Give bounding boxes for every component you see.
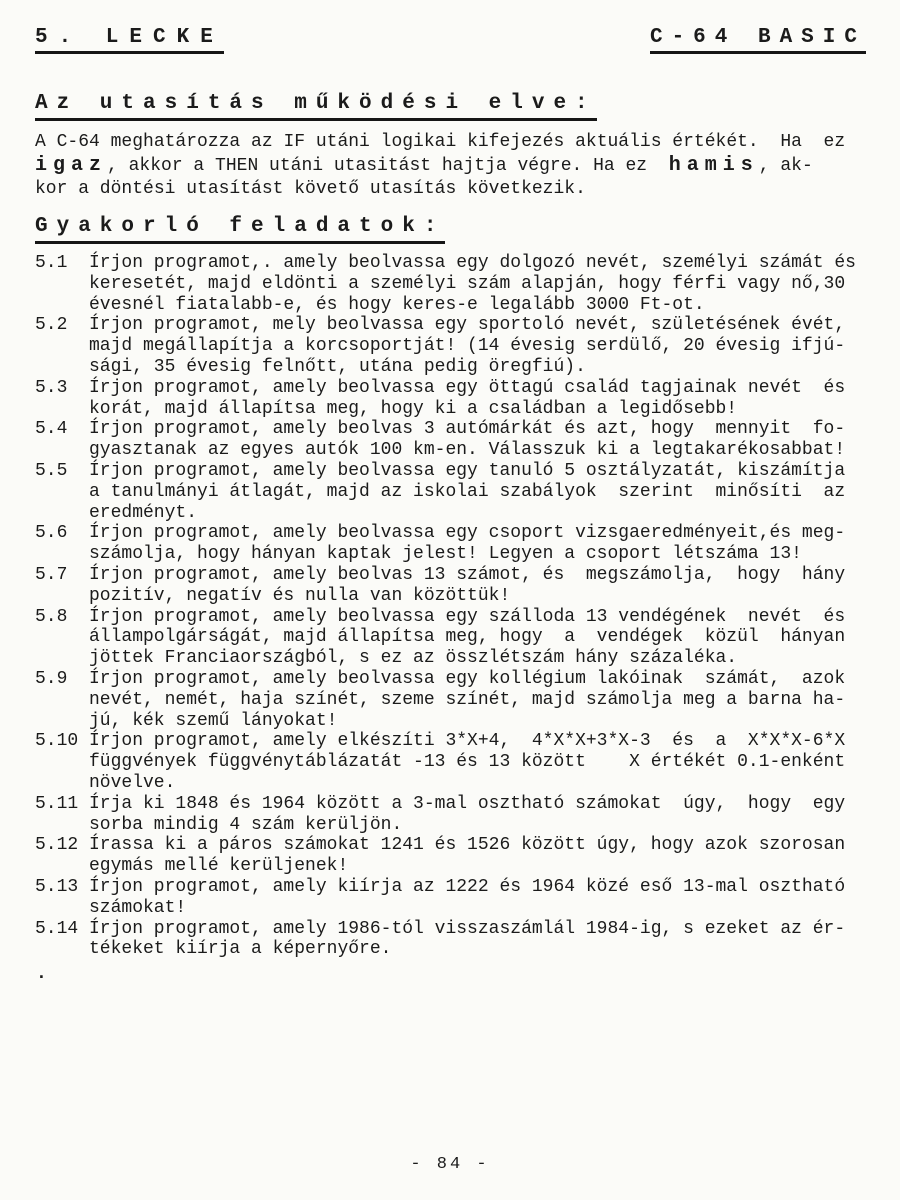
task-text: Írjon programot, amely beolvassa egy kol… bbox=[89, 669, 845, 731]
scanned-book-page: 5. LECKE C-64 BASIC Az utasítás működési… bbox=[0, 0, 900, 1200]
task-text: Írja ki 1848 és 1964 között a 3-mal oszt… bbox=[89, 794, 845, 836]
task-text: Írjon programot, mely beolvassa egy spor… bbox=[89, 315, 845, 377]
task-number: 5.6 bbox=[35, 523, 89, 565]
section-title-exercises: Gyakorló feladatok: bbox=[35, 215, 445, 244]
task-item: 5.11 Írja ki 1848 és 1964 között a 3-mal… bbox=[35, 794, 866, 836]
task-text: Írjon programot, amely beolvassa egy tan… bbox=[89, 461, 845, 523]
task-number: 5.10 bbox=[35, 731, 89, 793]
task-text: Írjon programot, amely kiírja az 1222 és… bbox=[89, 877, 845, 919]
scan-artifact-dot: . bbox=[36, 964, 47, 984]
task-text: Írjon programot, amely beolvas 13 számot… bbox=[89, 565, 845, 607]
task-item: 5.9 Írjon programot, amely beolvassa egy… bbox=[35, 669, 866, 731]
task-number: 5.11 bbox=[35, 794, 89, 836]
task-item: 5.13 Írjon programot, amely kiírja az 12… bbox=[35, 877, 866, 919]
lesson-header: 5. LECKE bbox=[35, 26, 224, 54]
task-text: Írassa ki a páros számokat 1241 és 1526 … bbox=[89, 835, 845, 877]
emphasis-igaz: igaz bbox=[35, 154, 107, 177]
task-item: 5.7 Írjon programot, amely beolvas 13 sz… bbox=[35, 565, 866, 607]
intro-paragraph: A C-64 meghatározza az IF utáni logikai … bbox=[35, 131, 866, 201]
task-text: Írjon programot, amely beolvas 3 autómár… bbox=[89, 419, 845, 461]
emphasis-hamis: hamis bbox=[669, 154, 759, 177]
task-number: 5.2 bbox=[35, 315, 89, 377]
task-number: 5.9 bbox=[35, 669, 89, 731]
task-number: 5.4 bbox=[35, 419, 89, 461]
task-text: Írjon programot, amely beolvassa egy cso… bbox=[89, 523, 845, 565]
task-item: 5.14 Írjon programot, amely 1986-tól vis… bbox=[35, 919, 866, 961]
page-header: 5. LECKE C-64 BASIC bbox=[35, 26, 866, 54]
page-number: - 84 - bbox=[0, 1155, 900, 1174]
task-list: 5.1 Írjon programot,. amely beolvassa eg… bbox=[35, 253, 866, 960]
task-number: 5.13 bbox=[35, 877, 89, 919]
task-item: 5.3 Írjon programot, amely beolvassa egy… bbox=[35, 378, 866, 420]
section-title-principle: Az utasítás működési elve: bbox=[35, 92, 597, 121]
task-text: Írjon programot,. amely beolvassa egy do… bbox=[89, 253, 856, 315]
task-item: 5.1 Írjon programot,. amely beolvassa eg… bbox=[35, 253, 866, 315]
task-text: Írjon programot, amely beolvassa egy ött… bbox=[89, 378, 845, 420]
task-item: 5.12 Írassa ki a páros számokat 1241 és … bbox=[35, 835, 866, 877]
task-number: 5.7 bbox=[35, 565, 89, 607]
intro-text-1: A C-64 meghatározza az IF utáni logikai … bbox=[35, 132, 845, 152]
intro-text-2: , akkor a THEN utáni utasitást hajtja vé… bbox=[107, 156, 669, 176]
task-item: 5.8 Írjon programot, amely beolvassa egy… bbox=[35, 607, 866, 669]
section-exercises: Gyakorló feladatok: 5.1 Írjon programot,… bbox=[35, 215, 866, 960]
task-number: 5.1 bbox=[35, 253, 89, 315]
task-number: 5.8 bbox=[35, 607, 89, 669]
task-text: Írjon programot, amely elkészíti 3*X+4, … bbox=[89, 731, 845, 793]
task-number: 5.3 bbox=[35, 378, 89, 420]
task-item: 5.5 Írjon programot, amely beolvassa egy… bbox=[35, 461, 866, 523]
task-number: 5.12 bbox=[35, 835, 89, 877]
task-item: 5.6 Írjon programot, amely beolvassa egy… bbox=[35, 523, 866, 565]
task-item: 5.10 Írjon programot, amely elkészíti 3*… bbox=[35, 731, 866, 793]
task-number: 5.5 bbox=[35, 461, 89, 523]
task-item: 5.4 Írjon programot, amely beolvas 3 aut… bbox=[35, 419, 866, 461]
section-principle: Az utasítás működési elve: A C-64 meghat… bbox=[35, 92, 866, 201]
task-text: Írjon programot, amely 1986-tól visszasz… bbox=[89, 919, 845, 961]
task-number: 5.14 bbox=[35, 919, 89, 961]
task-item: 5.2 Írjon programot, mely beolvassa egy … bbox=[35, 315, 866, 377]
task-text: Írjon programot, amely beolvassa egy szá… bbox=[89, 607, 845, 669]
book-title-header: C-64 BASIC bbox=[650, 26, 866, 54]
